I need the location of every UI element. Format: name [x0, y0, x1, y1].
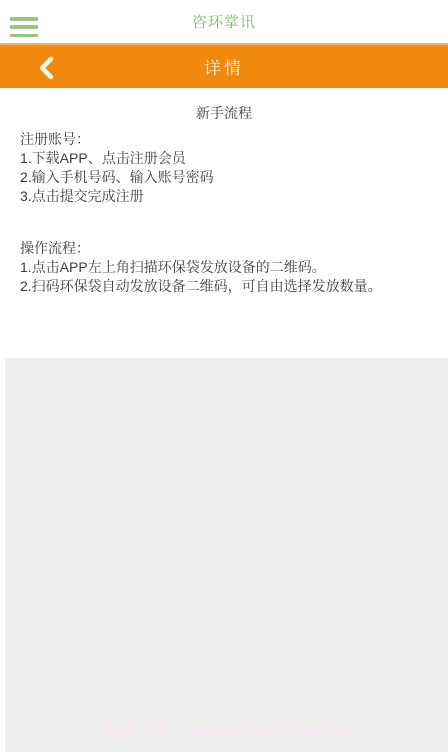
- article-title: 新手流程: [20, 104, 428, 123]
- hamburger-bar: [10, 34, 38, 38]
- article-content: 新手流程 注册账号： 1.下载APP、点击注册会员 2.输入手机号码、输入账号密…: [0, 88, 448, 358]
- step-line: 2.输入手机号码、输入账号密码: [20, 168, 428, 187]
- app-title: 咨环掌讯: [192, 11, 256, 32]
- chevron-left-icon: [37, 55, 57, 81]
- watermark-text: 玩家下载 · NBWYXH.COM.CN: [5, 717, 448, 742]
- page-header: 详情: [0, 43, 448, 88]
- section-heading: 操作流程：: [20, 239, 428, 258]
- top-bar: 咨环掌讯: [0, 0, 448, 43]
- back-button[interactable]: [30, 52, 64, 84]
- section-operation: 操作流程： 1.点击APP左上角扫描环保袋发放设备的二维码。 2.扫码环保袋自动…: [20, 239, 428, 296]
- section-spacer: [20, 206, 428, 239]
- section-register: 注册账号： 1.下载APP、点击注册会员 2.输入手机号码、输入账号密码 3.点…: [20, 130, 428, 206]
- hamburger-bar: [10, 17, 38, 21]
- empty-content-area: 玩家下载 · NBWYXH.COM.CN: [5, 358, 448, 752]
- app-window: 咨环掌讯 详情 新手流程 注册账号： 1.下载APP、点击注册会员 2.输入手机…: [0, 0, 448, 752]
- step-line: 2.扫码环保袋自动发放设备二维码，可自由选择发放数量。: [20, 277, 428, 296]
- page-title: 详情: [204, 54, 244, 79]
- step-line: 3.点击提交完成注册: [20, 187, 428, 206]
- section-heading: 注册账号：: [20, 130, 428, 149]
- hamburger-bar: [10, 25, 38, 29]
- hamburger-menu-icon[interactable]: [10, 16, 40, 38]
- step-line: 1.点击APP左上角扫描环保袋发放设备的二维码。: [20, 258, 428, 277]
- step-line: 1.下载APP、点击注册会员: [20, 149, 428, 168]
